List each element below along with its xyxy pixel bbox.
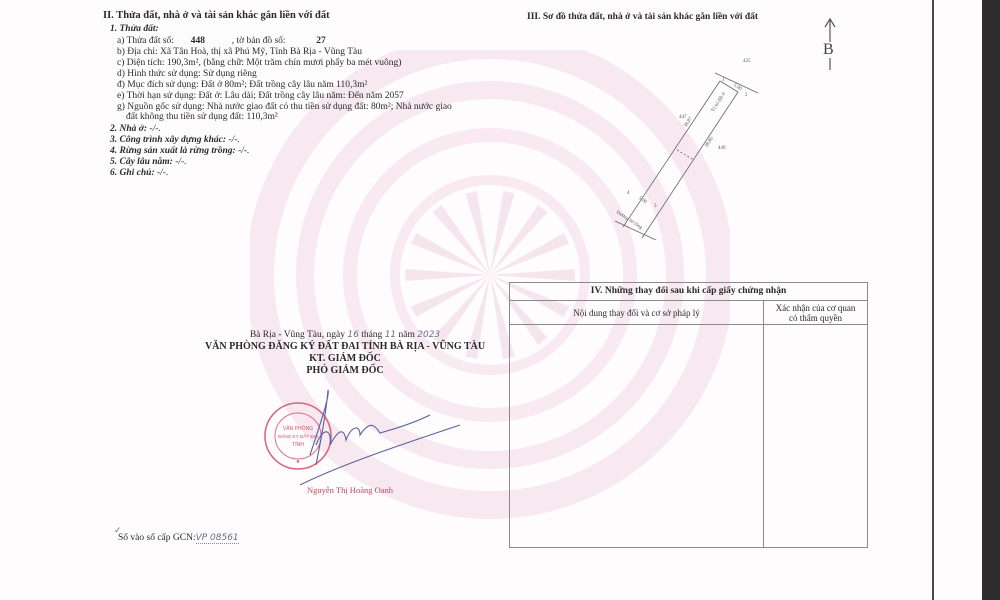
col-change-content: Nội dung thay đổi và cơ sở pháp lý <box>510 301 764 324</box>
col-authority-confirmation: Xác nhận của cơ quancó thẩm quyền <box>764 301 867 324</box>
item-planted-forest: 4. Rừng sản xuất là rừng trồng: -/-. <box>110 146 249 156</box>
land-heading: 1. Thửa đất: <box>110 24 159 34</box>
parcel-447-label: 447 <box>679 115 687 120</box>
corner-3: 3 <box>654 204 657 209</box>
certificate-page: II. Thửa đất, nhà ở và tài sản khác gắn … <box>0 0 982 600</box>
corner-2: 2 <box>745 93 748 98</box>
item-house: 2. Nhà ở: -/-. <box>110 124 161 134</box>
deputy-director: PHÓ GIÁM ĐỐC <box>190 365 500 376</box>
signer-name: Nguyễn Thị Hoàng Oanh <box>307 485 393 495</box>
land-line-e: e) Thời hạn sử dụng: Đất ở: Lâu dài; Đất… <box>117 91 404 101</box>
land-line-d: d) Hình thức sử dụng: Sử dụng riêng <box>117 69 257 79</box>
land-line-dd: đ) Mục đích sử dụng: Đất ở 80m²; Đất trồ… <box>117 80 367 90</box>
land-line-g: g) Nguồn gốc sử dụng: Nhà nước giao đất … <box>117 102 452 112</box>
parcel-449-label: 449 <box>718 146 726 151</box>
parcel-425-label: 425 <box>743 59 751 64</box>
land-line-a: a) Thửa đất số: 448 , tờ bản đồ số: 27 <box>117 36 326 46</box>
changes-table-header: Nội dung thay đổi và cơ sở pháp lý Xác n… <box>510 301 867 325</box>
dark-border-strip <box>982 0 1000 600</box>
item-notes: 6. Ghi chú: -/-. <box>110 168 168 178</box>
authority-cell <box>764 325 867 547</box>
section-ii-title: II. Thửa đất, nhà ở và tài sản khác gắn … <box>103 10 330 21</box>
item-perennial-trees: 5. Cây lâu năm: -/-. <box>110 157 187 167</box>
changes-table-title: IV. Những thay đổi sau khi cấp giấy chứn… <box>510 283 867 301</box>
changes-table: IV. Những thay đổi sau khi cấp giấy chứn… <box>509 282 868 548</box>
office-name: VĂN PHÒNG ĐĂNG KÝ ĐẤT ĐAI TỈNH BÀ RỊA - … <box>190 341 500 352</box>
check-mark-icon: ✓ <box>114 525 122 536</box>
page-edge-line <box>932 0 934 600</box>
item-other-construction: 3. Công trình xây dựng khác: -/-. <box>110 135 240 145</box>
land-line-c: c) Diện tích: 190,3m², (bằng chữ: Một tr… <box>117 58 401 68</box>
corner-1: 1 <box>722 78 725 83</box>
issue-date: Bà Rịa - Vũng Tàu, ngày 16 tháng 11 năm … <box>190 330 500 340</box>
changes-table-body <box>510 325 867 547</box>
land-line-g-continued: đất không thu tiền sử dụng đất: 110,3m² <box>126 112 278 122</box>
corner-4: 4 <box>627 191 630 196</box>
change-content-cell <box>510 325 764 547</box>
signature-block: Bà Rịa - Vũng Tàu, ngày 16 tháng 11 năm … <box>190 330 500 376</box>
land-plot-diagram <box>580 40 880 240</box>
land-line-b: b) Địa chỉ: Xã Tân Hoà, thị xã Phú Mỹ, T… <box>117 47 362 57</box>
section-iii-title: III. Sơ đồ thửa đất, nhà ở và tài sản kh… <box>527 12 758 22</box>
signature-icon <box>280 385 470 495</box>
gcn-registry: ✓ Số vào sổ cấp GCN:VP 08561 <box>118 533 239 543</box>
kt-director: KT. GIÁM ĐỐC <box>190 353 500 364</box>
